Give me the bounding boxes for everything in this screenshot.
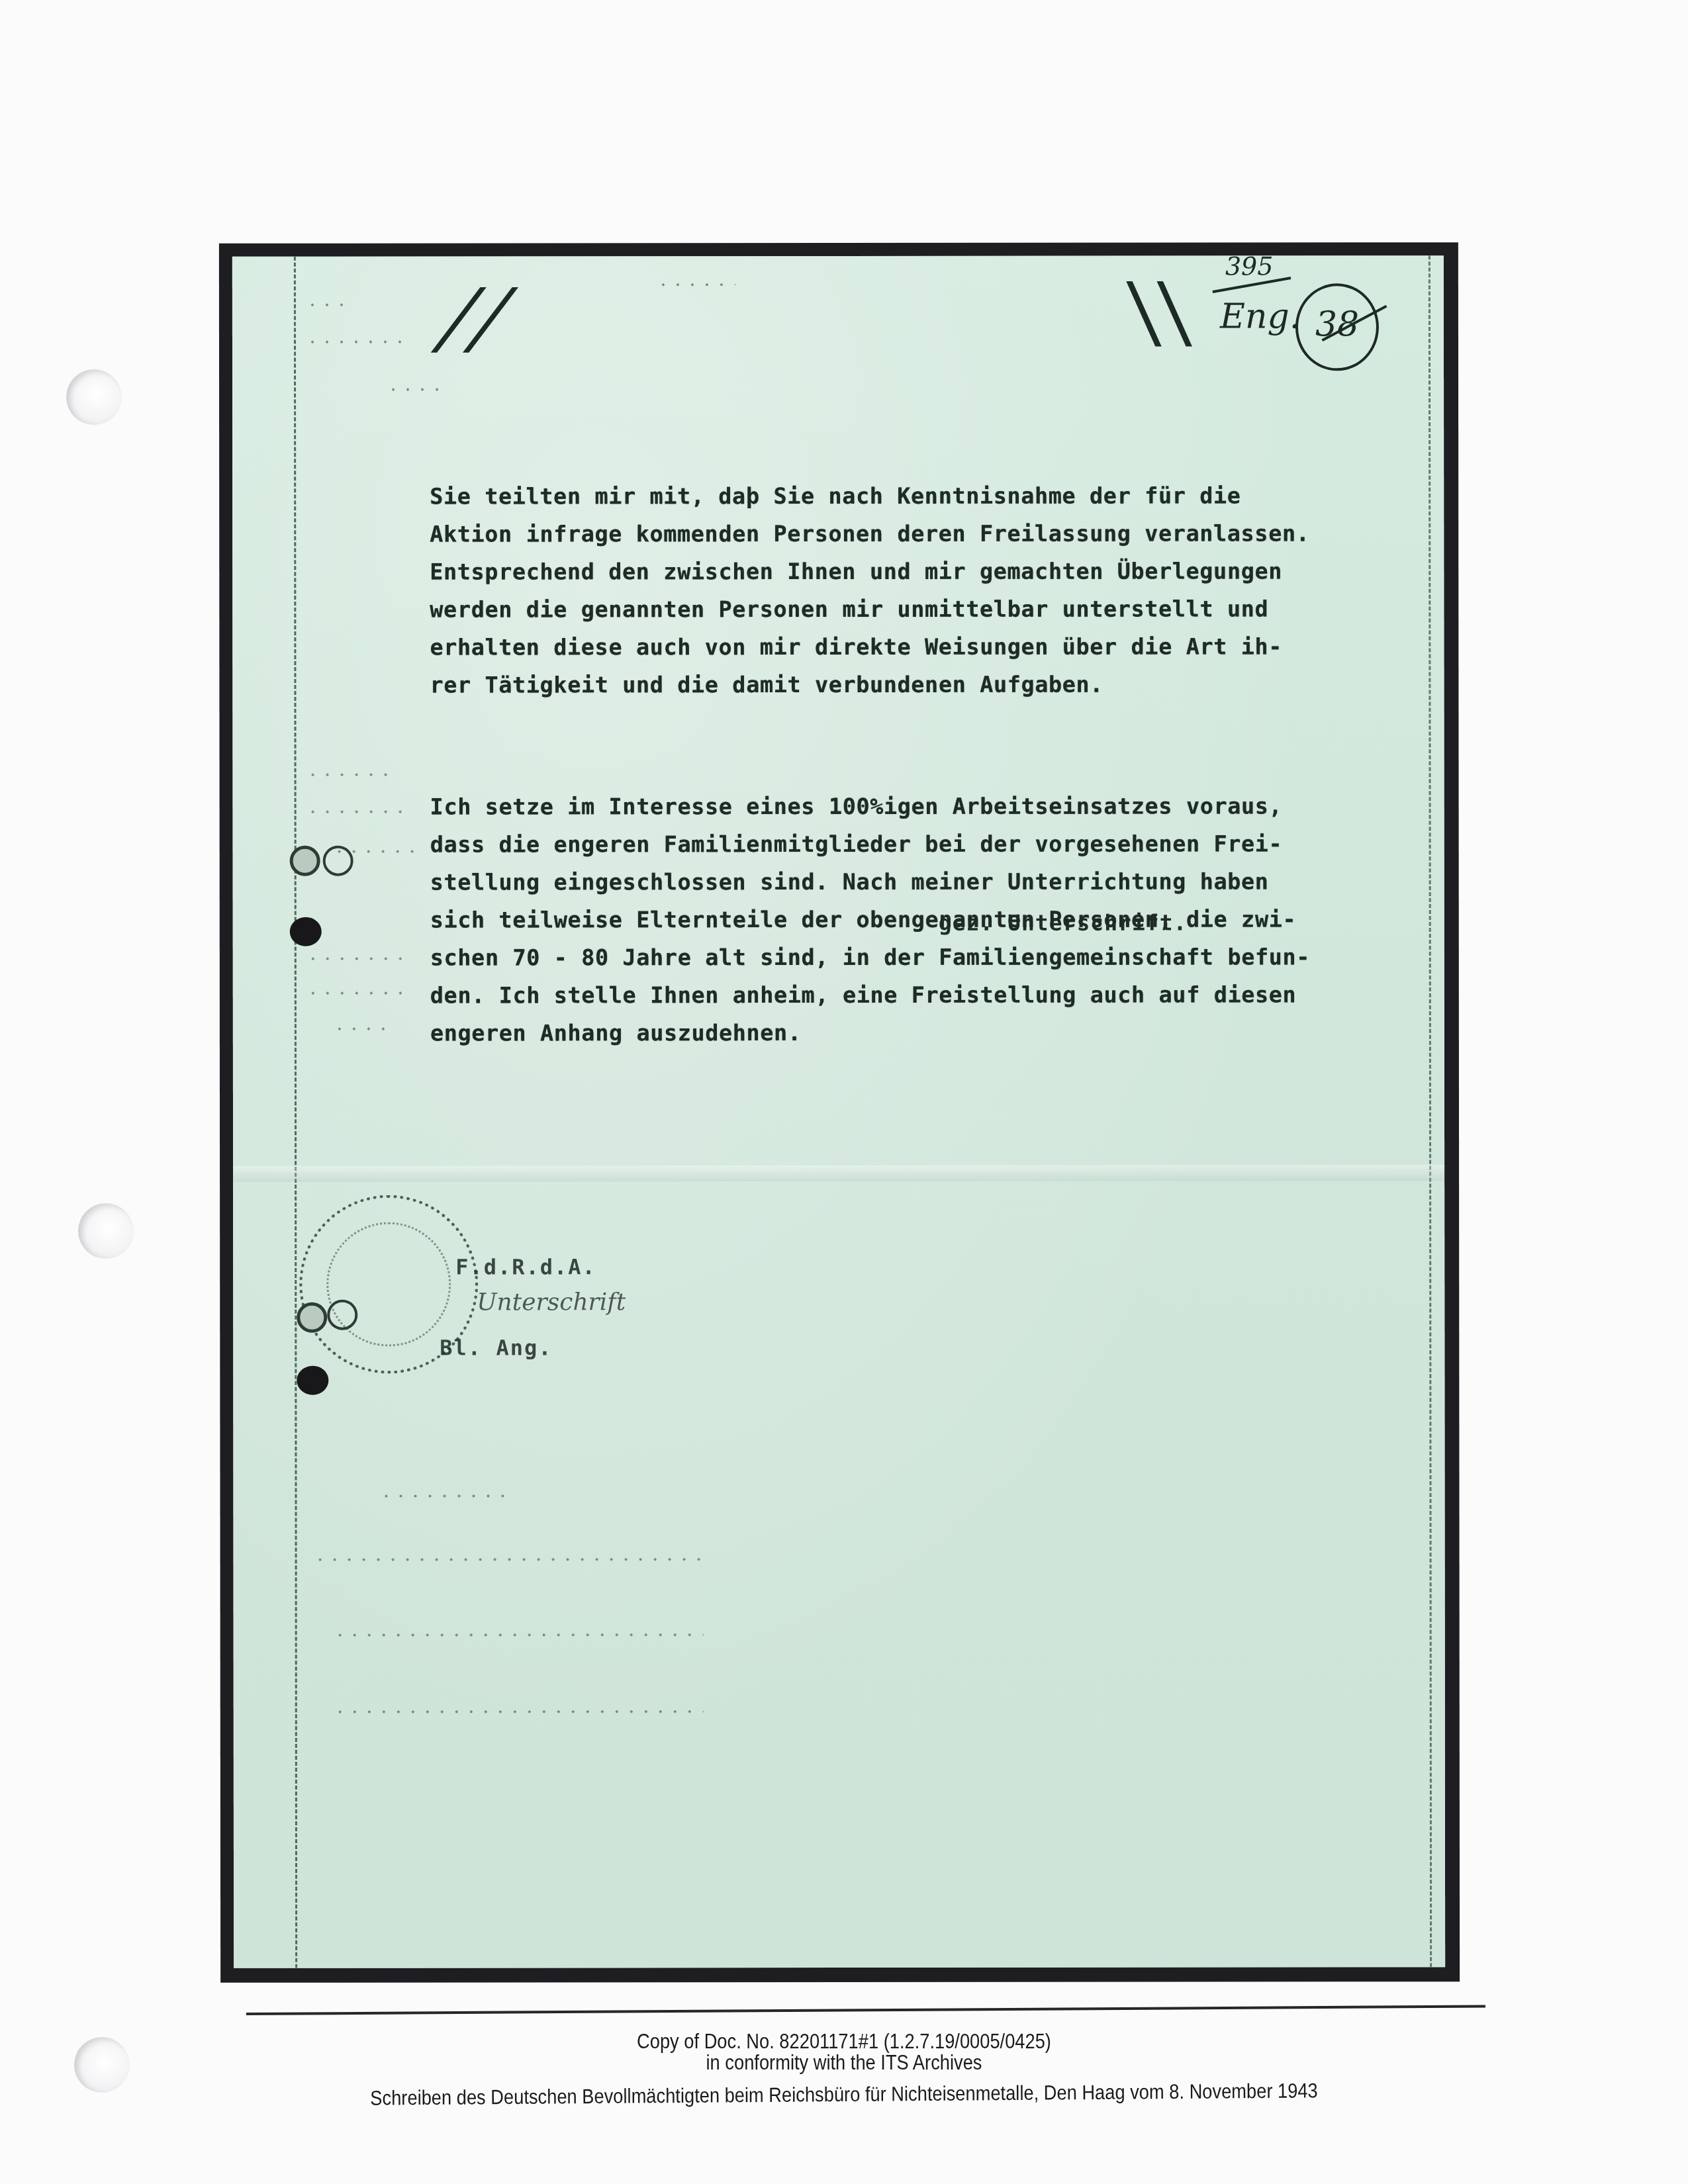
left-margin-rule [294,257,297,1968]
scanned-document-page: // \\ 395 Eng. 38 Sie teilten mir mit, d… [232,255,1445,1968]
illegible-header-residue [305,303,345,307]
illegible-margin-residue [306,810,412,814]
illegible-margin-residue [306,991,405,995]
folio-number-circle: 38 [1295,283,1379,371]
handwritten-tick-marks-left: // [434,272,521,364]
copied-punch-hole-grey [297,1302,327,1333]
illegible-margin-residue [306,773,399,777]
punch-hole-middle [78,1203,134,1259]
footer-description-line: Schreiben des Deutschen Bevollmächtigten… [101,2077,1587,2112]
footer-conformity-line: in conformity with the ITS Archives [101,2052,1587,2074]
footer-copy-line: Copy of Doc. No. 82201171#1 (1.2.7.19/00… [101,2030,1587,2053]
attestation-line-3: Bl. Ang. [440,1335,552,1360]
folio-abbreviation: Eng. [1220,296,1300,336]
footer-divider [246,2005,1485,2015]
illegible-header-residue [386,388,445,392]
illegible-lower-residue [333,1633,704,1637]
attestation-handwritten-signature: Unterschrift [477,1289,626,1316]
copied-punch-hole-ring [327,1300,357,1330]
copied-punch-hole-grey [290,846,320,876]
attestation-line-1: F.d.R.d.A. [455,1254,596,1279]
signature-line: gez. Unterschrift. [939,910,1188,936]
punch-hole-top [66,369,122,425]
scanned-document-frame: // \\ 395 Eng. 38 Sie teilten mir mit, d… [219,242,1460,1983]
illegible-lower-residue [313,1557,710,1562]
right-margin-rule [1429,255,1432,1967]
paper-fold-line [233,1165,1444,1182]
copied-punch-hole-black [297,1366,328,1395]
illegible-margin-residue [306,957,412,961]
illegible-lower-residue [333,1709,704,1713]
illegible-lower-residue [379,1494,512,1498]
letter-paragraph-2: Ich setze im Interesse eines 100%igen Ar… [430,787,1370,1052]
illegible-header-residue [656,283,735,287]
handwritten-tick-marks-right: \\ [1115,267,1206,359]
folio-struck-number: 395 [1225,255,1274,281]
copied-punch-hole-black [290,917,322,946]
letter-body: Sie teilten mir mit, daþ Sie nach Kenntn… [430,401,1370,1136]
folio-number: 38 [1298,304,1376,344]
copied-punch-hole-ring [323,846,353,876]
illegible-margin-residue [332,1027,385,1031]
letter-paragraph-1: Sie teilten mir mit, daþ Sie nach Kenntn… [430,477,1370,704]
illegible-header-residue [305,340,404,344]
